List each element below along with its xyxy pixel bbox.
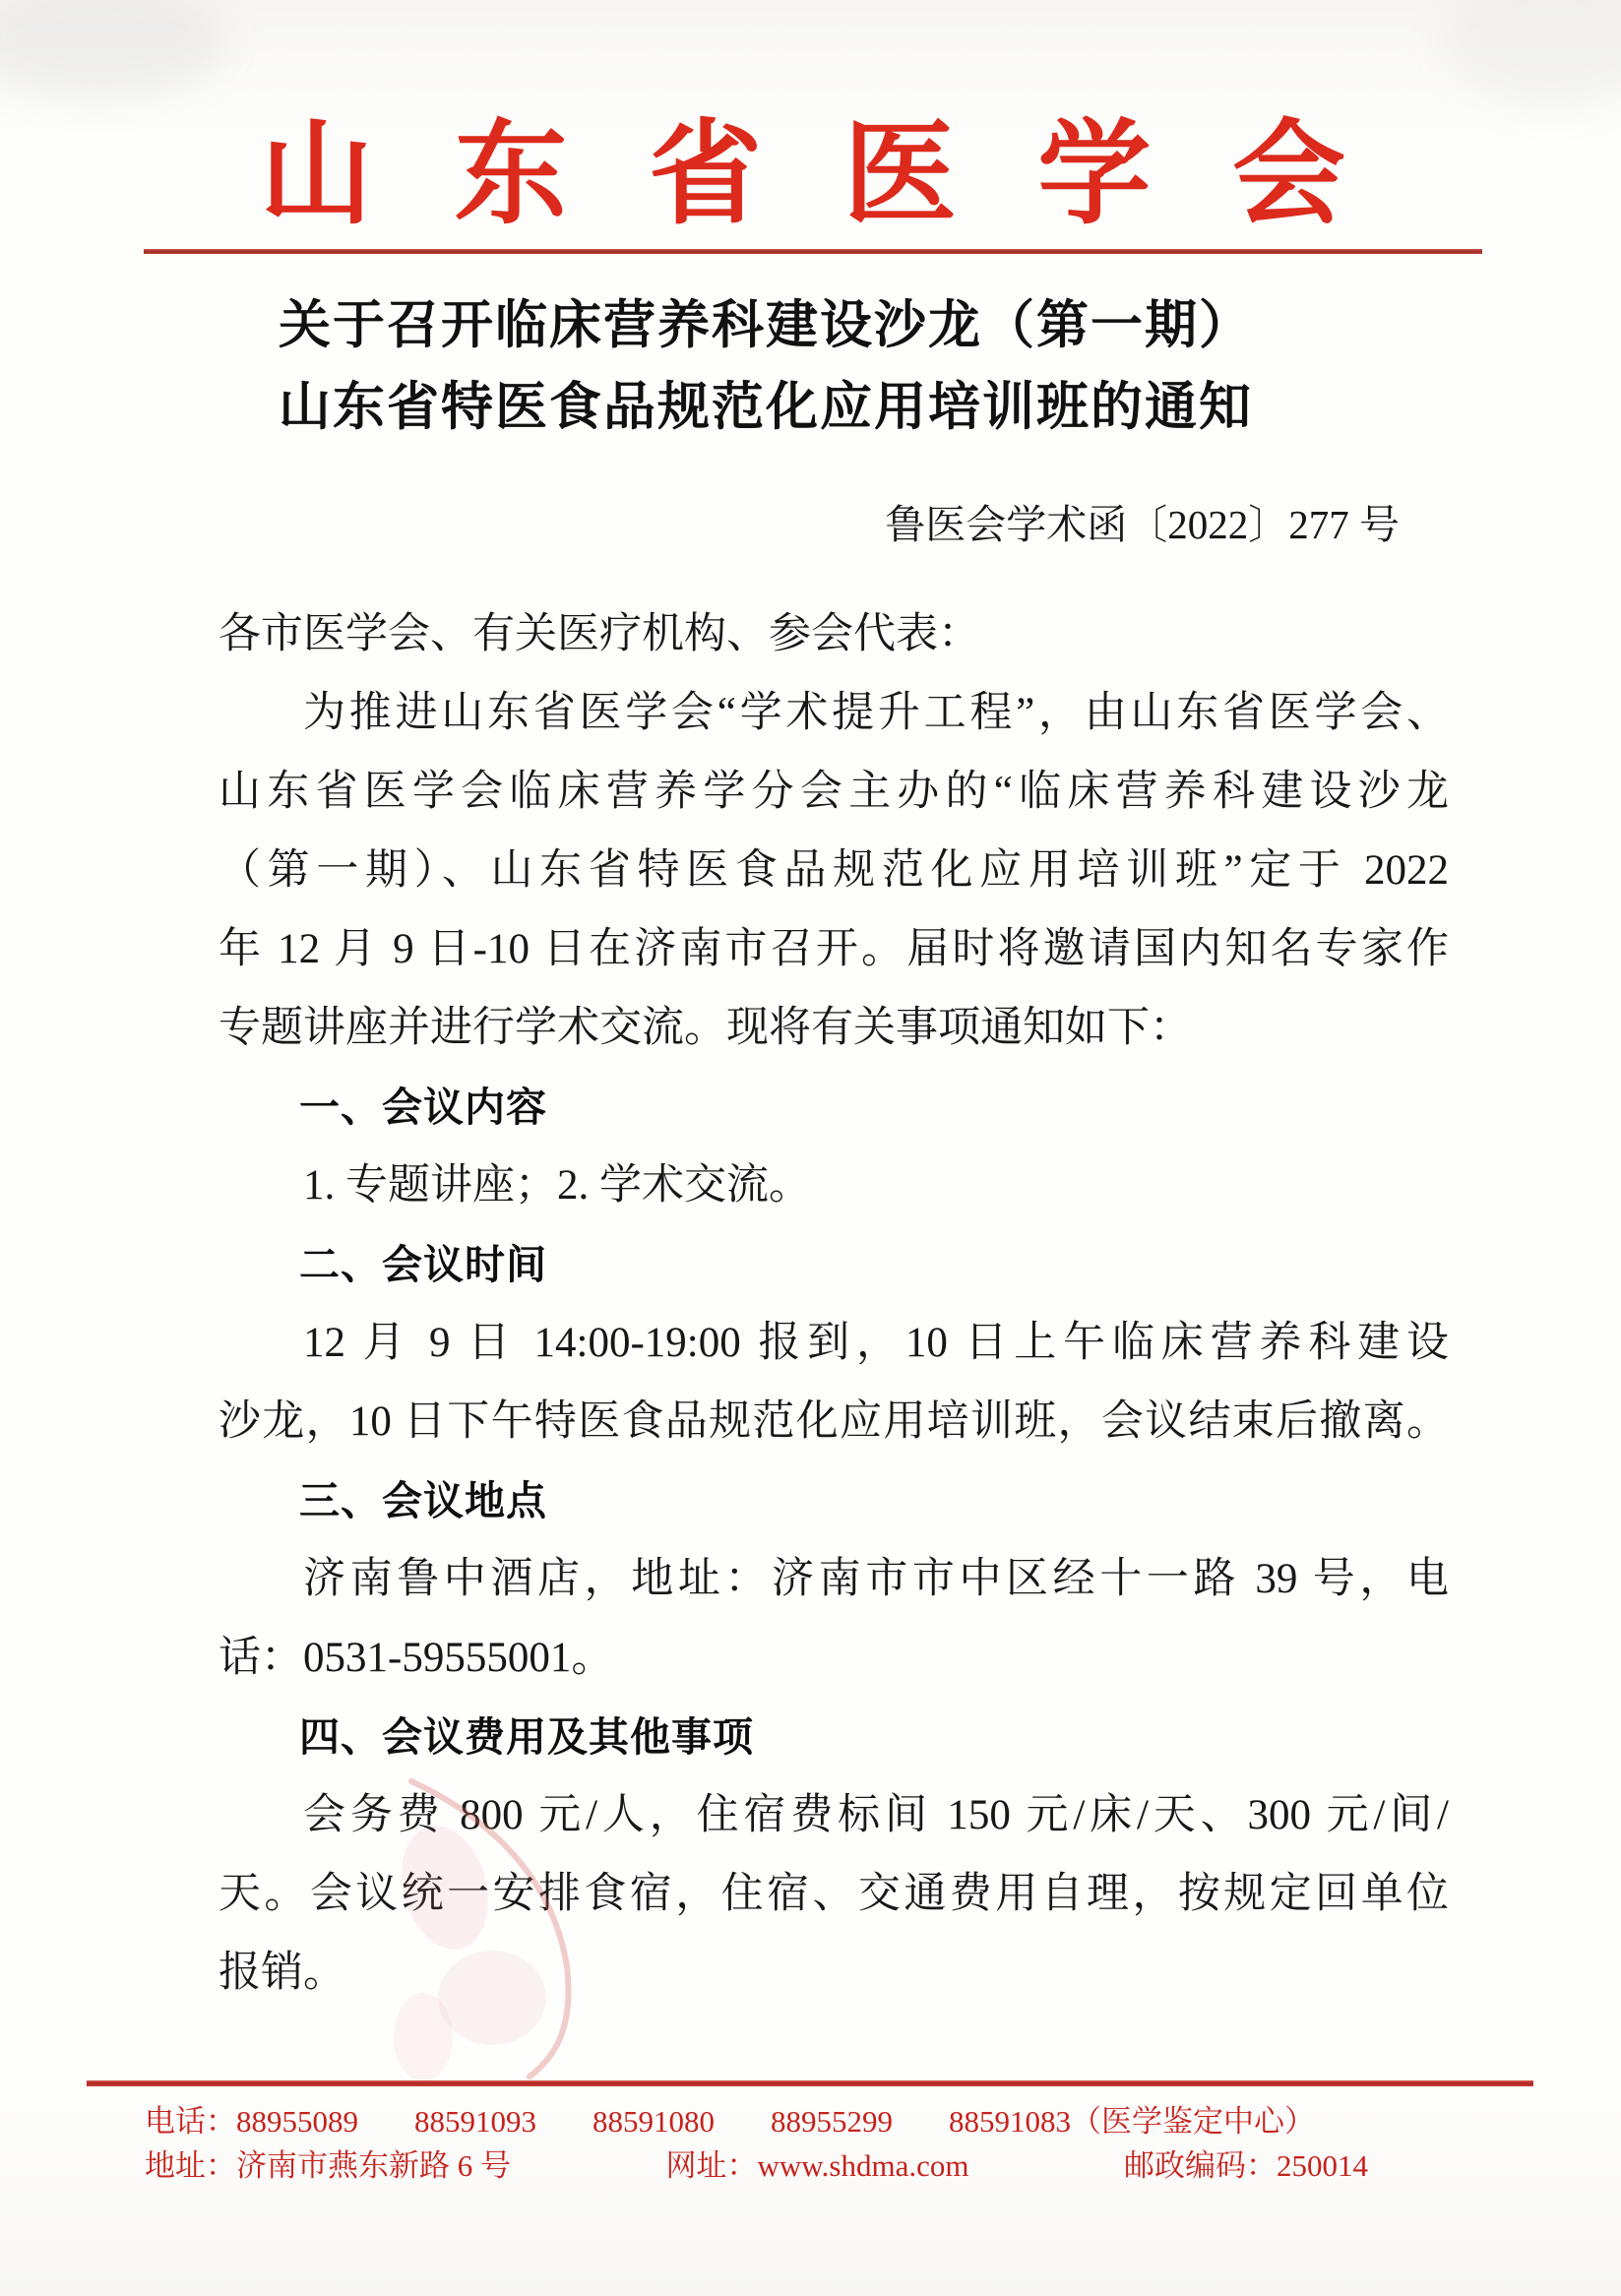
footer-phone: 电话：88955089 [145, 2102, 358, 2141]
scan-smudge [1444, 0, 1621, 108]
body-line: 会务费 800 元/人，住宿费标间 150 元/床/天、300 元/间/ [218, 1776, 1449, 1855]
org-char: 东 [455, 116, 568, 235]
body-line: 天。会议统一安排食宿，住宿、交通费用自理，按规定回单位 [218, 1855, 1449, 1934]
reference-number: 鲁医会学术函〔2022〕277 号 [0, 500, 1400, 549]
body-line: 专题讲座并进行学术交流。现将有关事项通知如下： [218, 989, 1449, 1068]
footer-phone: 88955299 [771, 2102, 893, 2141]
org-char: 山 [260, 116, 373, 235]
footer-phone: 88591080 [592, 2102, 715, 2141]
document-title-line2: 山东省特医食品规范化应用培训班的通知 [0, 367, 1531, 449]
org-char: 学 [1037, 116, 1151, 235]
footer-address: 地址：济南市燕东新路 6 号 [145, 2146, 511, 2186]
body-line: 济南鲁中酒店，地址：济南市市中区经十一路 39 号，电 [218, 1540, 1449, 1619]
body-line: 1. 专题讲座；2. 学术交流。 [218, 1147, 1449, 1225]
org-char: 会 [1232, 116, 1345, 235]
footer-divider-rule [87, 2080, 1533, 2086]
document-title: 关于召开临床营养科建设沙龙（第一期） 山东省特医食品规范化应用培训班的通知 [0, 285, 1531, 449]
body-line: 年 12 月 9 日-10 日在济南市召开。届时将邀请国内知名专家作 [218, 910, 1449, 989]
masthead-divider-rule [144, 249, 1482, 254]
section-heading: 三、会议地点 [218, 1461, 1449, 1540]
salutation-line: 各市医学会、有关医疗机构、参会代表： [218, 595, 1449, 674]
footer-phone: 88591083（医学鉴定中心） [949, 2102, 1315, 2141]
footer-website: 网址：www.shdma.com [666, 2146, 969, 2186]
body-line: 话：0531-59555001。 [218, 1619, 1449, 1698]
body-line: 山东省医学会临床营养学分会主办的“临床营养科建设沙龙 [218, 753, 1449, 832]
footer-postcode: 邮政编码：250014 [1124, 2146, 1368, 2186]
scan-smudge [0, 0, 226, 98]
body-line: 报销。 [218, 1934, 1449, 2013]
document-body: 各市医学会、有关医疗机构、参会代表： 为推进山东省医学会“学术提升工程”，由山东… [218, 595, 1449, 2013]
footer-phone: 88591093 [414, 2102, 536, 2141]
org-masthead: 山 东 省 医 学 会 [260, 116, 1345, 238]
document-page: 山 东 省 医 学 会 关于召开临床营养科建设沙龙（第一期） 山东省特医食品规范… [0, 0, 1621, 2296]
body-line: （第一期）、山东省特医食品规范化应用培训班”定于 2022 [218, 832, 1449, 910]
body-line: 沙龙，10 日下午特医食品规范化应用培训班，会议结束后撤离。 [218, 1383, 1449, 1461]
org-char: 省 [649, 116, 762, 235]
org-char: 医 [843, 116, 957, 235]
footer-contact-row: 电话：88955089 88591093 88591080 88955299 8… [145, 2102, 1315, 2141]
body-line: 为推进山东省医学会“学术提升工程”，由山东省医学会、 [218, 674, 1449, 753]
document-title-line1: 关于召开临床营养科建设沙龙（第一期） [0, 285, 1531, 367]
footer-address-row: 地址：济南市燕东新路 6 号 网址：www.shdma.com 邮政编码：250… [145, 2146, 1368, 2186]
body-line: 12 月 9 日 14:00-19:00 报到，10 日上午临床营养科建设 [218, 1304, 1449, 1383]
section-heading: 二、会议时间 [218, 1225, 1449, 1304]
section-heading: 四、会议费用及其他事项 [218, 1698, 1449, 1776]
section-heading: 一、会议内容 [218, 1068, 1449, 1147]
